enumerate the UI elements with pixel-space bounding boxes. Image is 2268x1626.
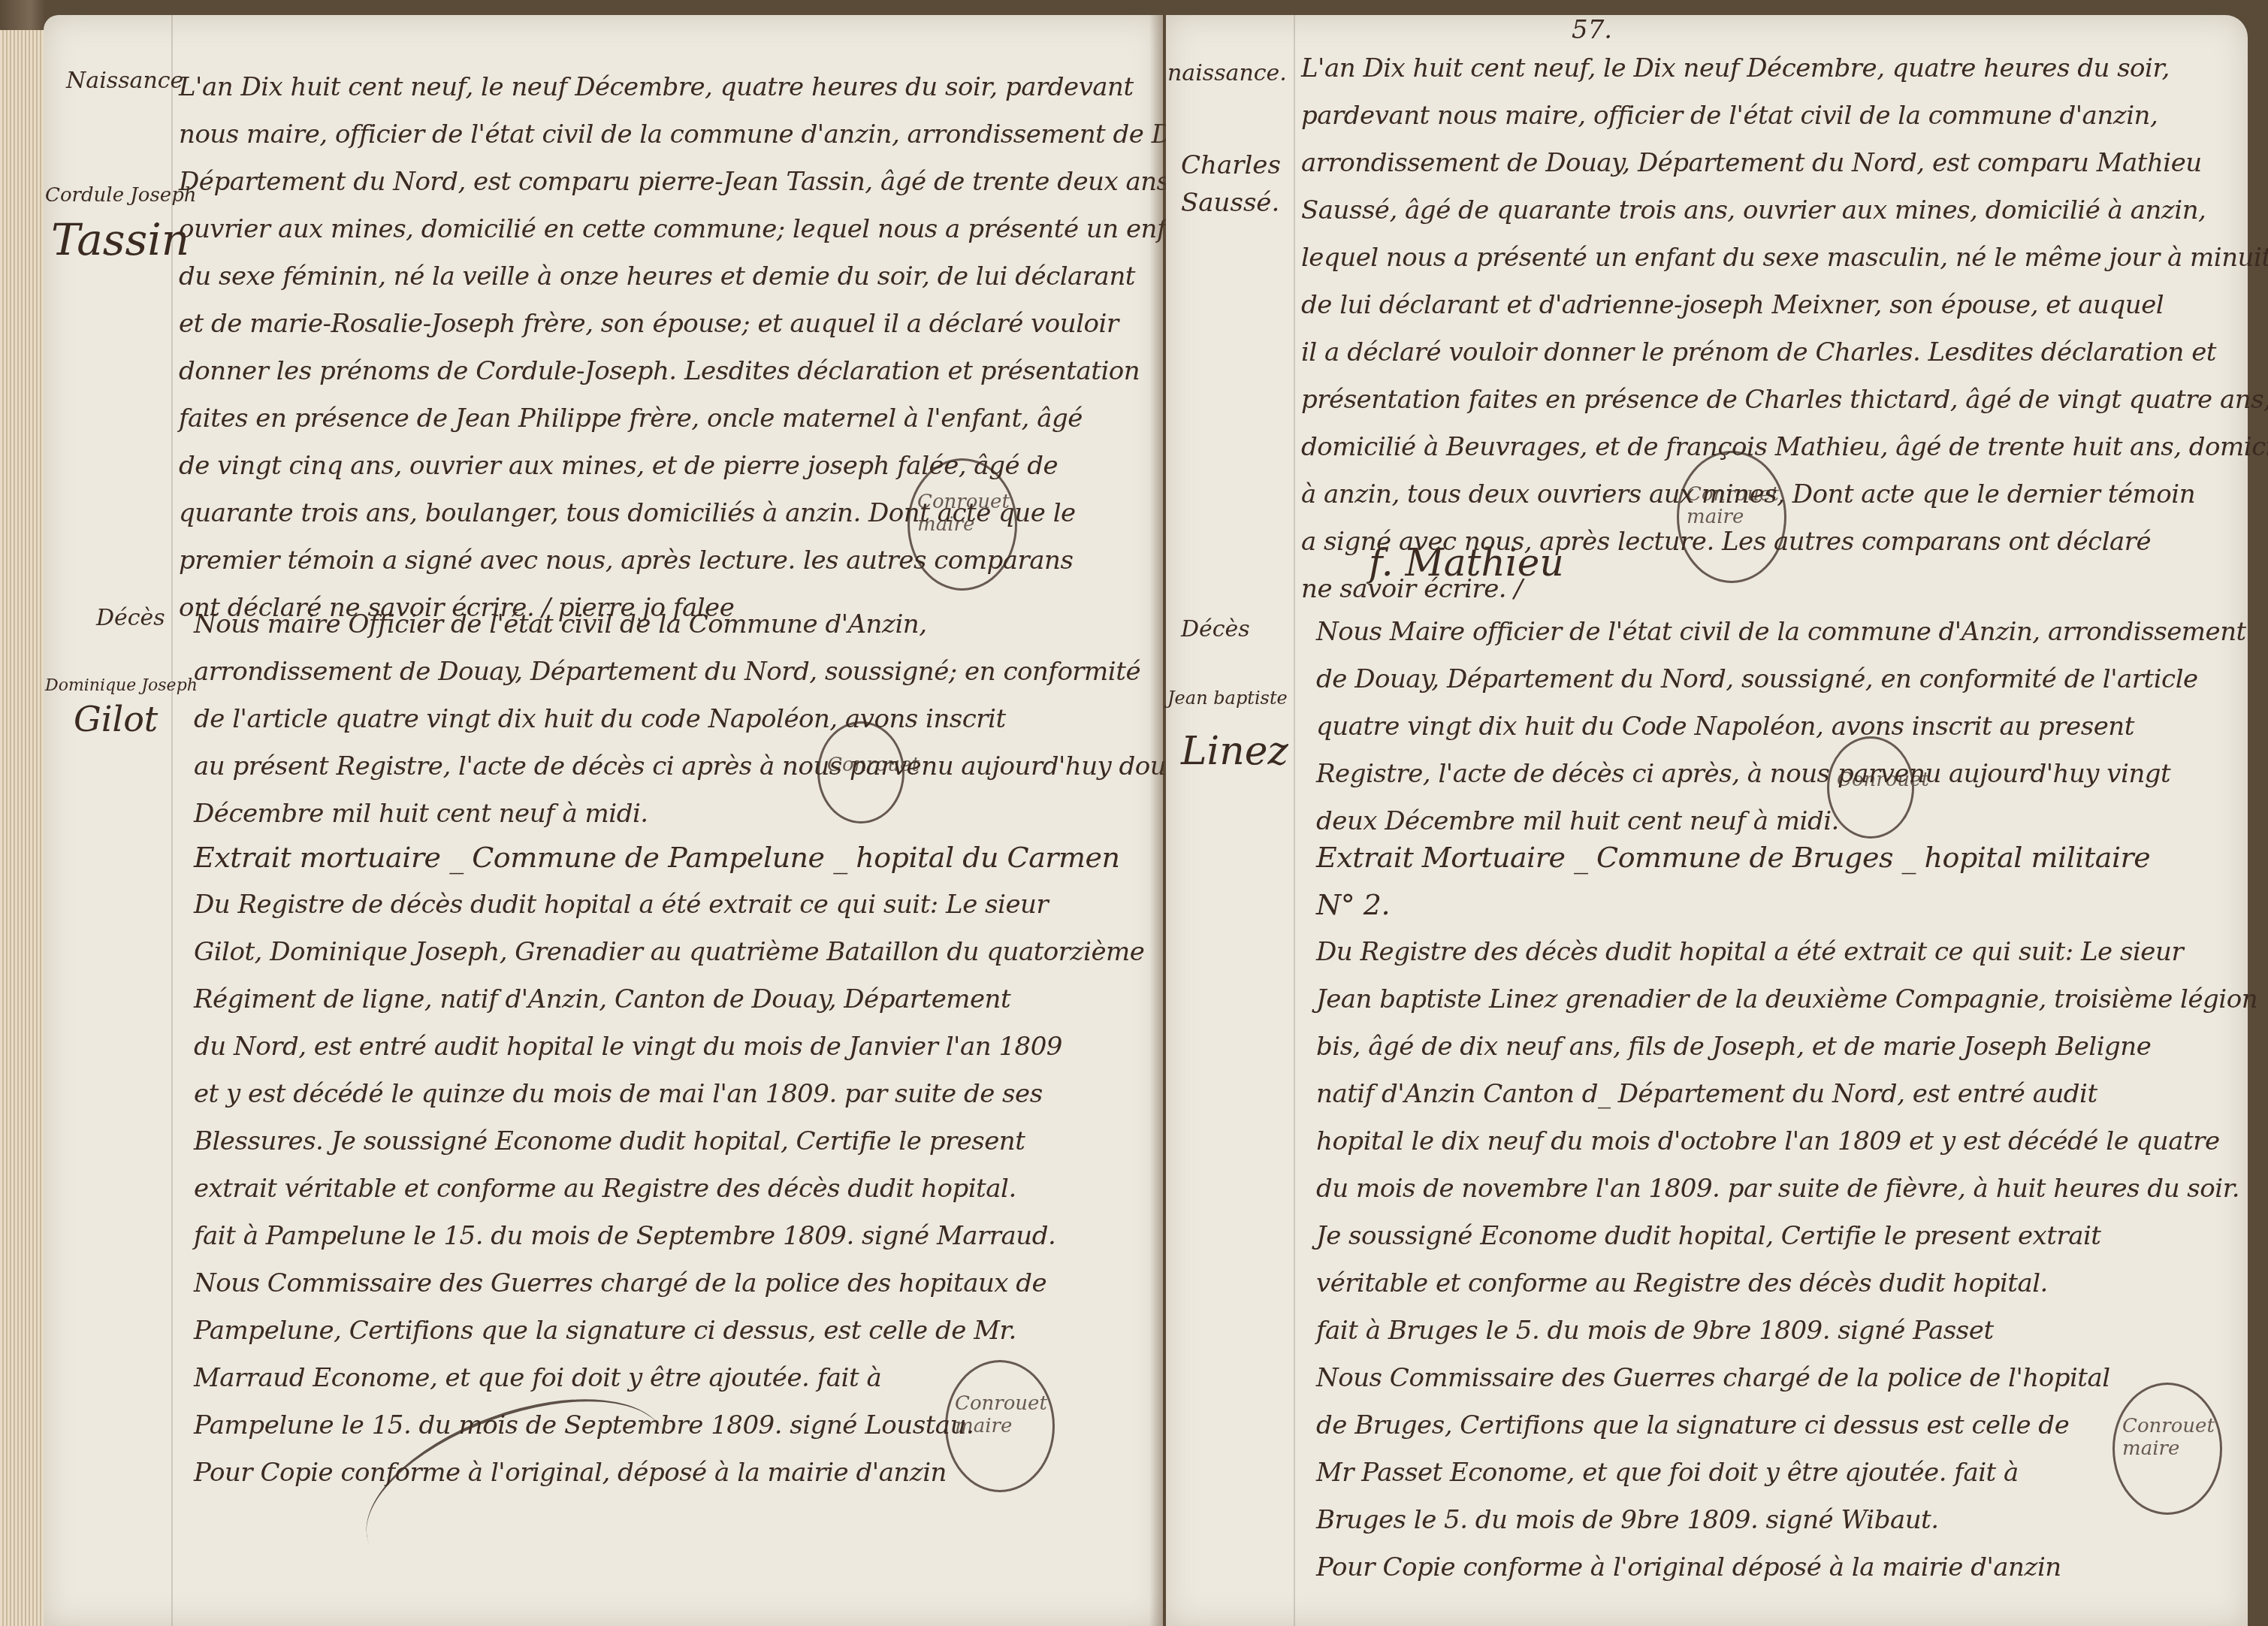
signature-text: Conrouet maire (955, 1392, 1052, 1437)
text-line: hopital le dix neuf du mois d'octobre l'… (1316, 1118, 2257, 1165)
witness-signature: f. Mathieu (1369, 541, 1564, 585)
extract-heading: Extrait mortuaire _ Commune de Pampelune… (194, 834, 1144, 881)
signature-text: Conrouet (827, 754, 920, 776)
text-line: de vingt cinq ans, ouvrier aux mines, et… (179, 443, 1236, 490)
text-line: Décembre mil huit cent neuf à midi. (194, 790, 1194, 838)
text-line: donner les prénoms de Cordule-Joseph. Le… (179, 348, 1236, 395)
text-line: Je soussigné Econome dudit hopital, Cert… (1316, 1213, 2257, 1260)
mayor-signature-seal: Conrouet (817, 721, 904, 824)
text-line: Nous maire Officier de l'état civil de l… (194, 601, 1194, 648)
margin-label-type: Décès (96, 605, 165, 631)
text-line: arrondissement de Douay, Département du … (1301, 140, 2268, 187)
text-line: du mois de novembre l'an 1809. par suite… (1316, 1165, 2257, 1213)
mayor-signature-seal: Conrouet (1827, 736, 1914, 839)
text-line: Département du Nord, est comparu pierre-… (179, 159, 1236, 206)
text-line: Du Registre des décès dudit hopital a ét… (1316, 929, 2257, 976)
mayor-signature-seal: Conrouet maire (1677, 451, 1786, 583)
text-line: L'an Dix huit cent neuf, le Dix neuf Déc… (1301, 45, 2268, 92)
margin-label-given-names: Dominique Joseph (45, 676, 198, 695)
left-page: Naissance Cordule Joseph Tassin L'an Dix… (44, 15, 1163, 1626)
signature-text: Conrouet (1837, 769, 1929, 791)
page-number: 57. (1572, 15, 1612, 45)
margin-label-surname: Tassin (51, 214, 189, 265)
text-line: arrondissement de Douay, Département du … (194, 648, 1194, 696)
text-line: véritable et conforme au Registre des dé… (1316, 1260, 2257, 1307)
text-line: de lui déclarant et d'adrienne-joseph Me… (1301, 282, 2268, 329)
text-line: et y est décédé le quinze du mois de mai… (194, 1071, 1144, 1118)
page-edges (0, 30, 45, 1626)
text-line: extrait véritable et conforme au Registr… (194, 1165, 1144, 1213)
entry-death-linez: Nous Maire officier de l'état civil de l… (1316, 609, 2246, 845)
mayor-signature-seal: Conrouet maire (945, 1360, 1055, 1492)
text-line: présentation faites en présence de Charl… (1301, 376, 2268, 424)
text-line: du Nord, est entré audit hopital le ving… (194, 1023, 1144, 1071)
extract-bruges: Extrait Mortuaire _ Commune de Bruges _ … (1316, 834, 2257, 1591)
text-line: fait à Pampelune le 15. du mois de Septe… (194, 1213, 1144, 1260)
text-line: Gilot, Dominique Joseph, Grenadier au qu… (194, 929, 1144, 976)
text-line: Saussé, âgé de quarante trois ans, ouvri… (1301, 187, 2268, 234)
text-line: Pour Copie conforme à l'original déposé … (1316, 1544, 2257, 1591)
margin-label-given-names: Jean baptiste (1167, 688, 1288, 709)
text-line: Nous Maire officier de l'état civil de l… (1316, 609, 2246, 656)
signature-text: Conrouet maire (2122, 1415, 2220, 1460)
text-line: nous maire, officier de l'état civil de … (179, 111, 1236, 159)
margin-label-type: naissance. (1167, 60, 1287, 86)
text-line: pardevant nous maire, officier de l'état… (1301, 92, 2268, 140)
text-line: bis, âgé de dix neuf ans, fils de Joseph… (1316, 1023, 2257, 1071)
text-line: au présent Registre, l'acte de décès ci … (194, 743, 1194, 790)
text-line: Registre, l'acte de décès ci après, à no… (1316, 751, 2246, 798)
margin-label-type: Naissance (66, 68, 183, 94)
text-line: Nous Commissaire des Guerres chargé de l… (194, 1260, 1144, 1307)
text-line: premier témoin a signé avec nous, après … (179, 537, 1236, 585)
margin-label-surname: Saussé. (1181, 188, 1279, 218)
text-line: Blessures. Je soussigné Econome dudit ho… (194, 1118, 1144, 1165)
margin-rule (1294, 15, 1295, 1626)
text-line: Bruges le 5. du mois de 9bre 1809. signé… (1316, 1497, 2257, 1544)
entry-birth-tassin: L'an Dix huit cent neuf, le neuf Décembr… (179, 64, 1236, 632)
text-line: du sexe féminin, né la veille à onze heu… (179, 253, 1236, 301)
entry-death-gilot: Nous maire Officier de l'état civil de l… (194, 601, 1194, 838)
register-book: Naissance Cordule Joseph Tassin L'an Dix… (0, 0, 2268, 1626)
text-line: ouvrier aux mines, domicilié en cette co… (179, 206, 1236, 253)
text-line: quarante trois ans, boulanger, tous domi… (179, 490, 1236, 537)
text-line: de Douay, Département du Nord, soussigné… (1316, 656, 2246, 703)
margin-label-type: Décès (1181, 616, 1250, 642)
text-line: fait à Bruges le 5. du mois de 9bre 1809… (1316, 1307, 2257, 1355)
text-line: lequel nous a présenté un enfant du sexe… (1301, 234, 2268, 282)
text-line: L'an Dix huit cent neuf, le neuf Décembr… (179, 64, 1236, 111)
extract-number: N° 2. (1316, 881, 2257, 929)
margin-label-given-names: Cordule Joseph (45, 184, 197, 207)
text-line: Nous Commissaire des Guerres chargé de l… (1316, 1355, 2257, 1402)
text-line: et de marie-Rosalie-Joseph frère, son ép… (179, 301, 1236, 348)
margin-label-surname: Gilot (74, 699, 158, 739)
mayor-signature-seal: Conrouet maire (908, 458, 1017, 591)
text-line: faites en présence de Jean Philippe frèr… (179, 395, 1236, 443)
margin-label-surname: Linez (1181, 729, 1288, 774)
signature-text: Conrouet maire (917, 491, 1015, 536)
text-line: natif d'Anzin Canton d_ Département du N… (1316, 1071, 2257, 1118)
text-line: quatre vingt dix huit du Code Napoléon, … (1316, 703, 2246, 751)
text-line: Régiment de ligne, natif d'Anzin, Canton… (194, 976, 1144, 1023)
mayor-signature-seal: Conrouet maire (2112, 1383, 2222, 1515)
signature-text: Conrouet maire (1687, 483, 1784, 528)
text-line: Du Registre de décès dudit hopital a été… (194, 881, 1144, 929)
margin-label-given-names: Charles (1181, 150, 1281, 180)
text-line: de l'article quatre vingt dix huit du co… (194, 696, 1194, 743)
extract-heading: Extrait Mortuaire _ Commune de Bruges _ … (1316, 834, 2257, 881)
text-line: Pampelune, Certifions que la signature c… (194, 1307, 1144, 1355)
right-page: 57. naissance. Charles Saussé. L'an Dix … (1166, 15, 2248, 1626)
text-line: domicilié à Beuvrages, et de françois Ma… (1301, 424, 2268, 471)
text-line: il a déclaré vouloir donner le prénom de… (1301, 329, 2268, 376)
text-line: Jean baptiste Linez grenadier de la deux… (1316, 976, 2257, 1023)
